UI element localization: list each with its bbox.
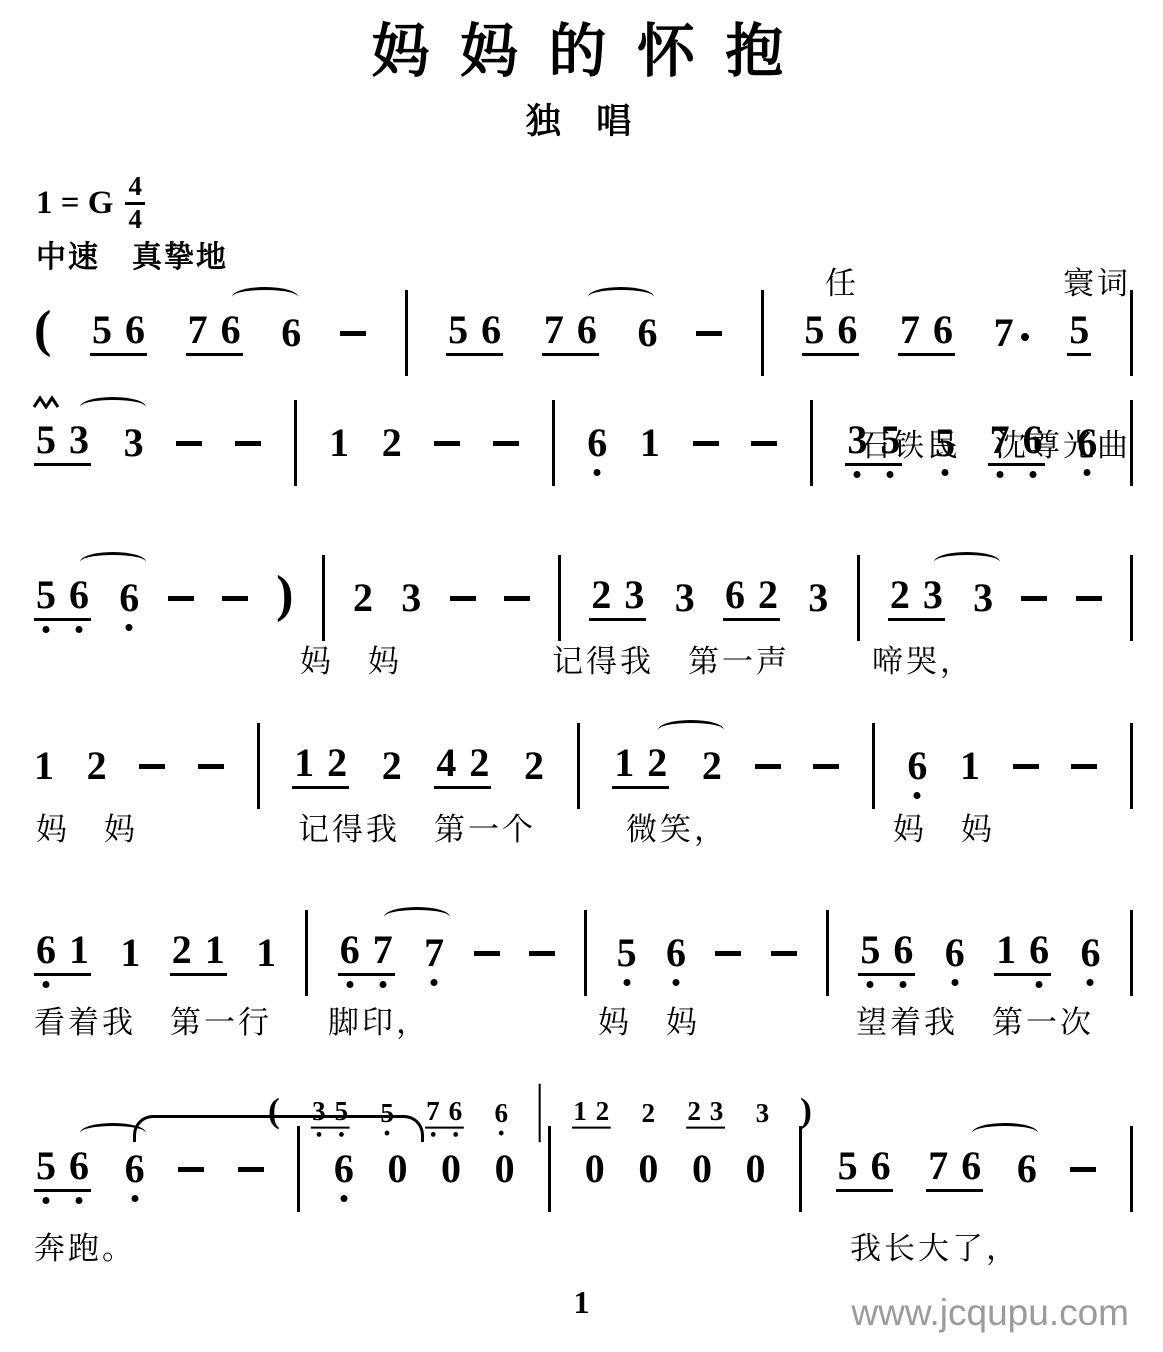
note-value: 5 xyxy=(935,420,955,465)
beam-group: 62 xyxy=(723,575,780,621)
tie-arc xyxy=(658,720,724,740)
note-value: 5 xyxy=(880,417,900,462)
beam-group: 12 xyxy=(292,743,349,789)
beam-group: 56 xyxy=(836,1146,893,1192)
music-system-5: 61121167756566166 看着我 第一行脚印，妈 妈望着我 第一次 xyxy=(0,905,1163,1055)
lyric-text: 妈 妈 xyxy=(36,804,138,849)
note-value: 1 xyxy=(996,927,1016,972)
close-paren: ) xyxy=(276,569,293,621)
tie-arc xyxy=(934,552,1000,572)
beam-group: 76 xyxy=(542,310,599,356)
note-value: 2 xyxy=(353,575,373,620)
note: 6 xyxy=(1080,933,1100,973)
note: 1 xyxy=(996,930,1016,970)
barline xyxy=(857,555,860,641)
note-value: 2 xyxy=(524,743,544,788)
note-value: 2 xyxy=(702,743,722,788)
note-value: 1 xyxy=(69,927,89,972)
dash-note xyxy=(1021,596,1047,601)
note-value: 6 xyxy=(725,572,745,617)
note-value: 6 xyxy=(281,310,301,355)
note: 6 xyxy=(1023,420,1043,460)
note-value: 1 xyxy=(329,420,349,465)
note: 1 xyxy=(120,933,140,973)
dash-note xyxy=(238,1167,264,1172)
note-value: 6 xyxy=(961,1143,981,1188)
lyric-text: 啼哭， xyxy=(872,636,974,681)
note: 3 xyxy=(69,420,89,460)
barline xyxy=(558,555,561,641)
note: 1 xyxy=(205,930,225,970)
note: 6 xyxy=(837,310,857,350)
dash-note xyxy=(434,441,460,446)
note: 6 xyxy=(69,575,89,615)
lyric-text: 妈 妈 xyxy=(300,636,402,681)
note-value: 6 xyxy=(334,1146,354,1191)
dash-note xyxy=(222,596,248,601)
note-value: 2 xyxy=(382,743,402,788)
note: 6 xyxy=(637,313,657,353)
notes-row: 61121167756566166 xyxy=(0,905,1163,1001)
beam-group: 56 xyxy=(90,310,147,356)
note-value: 2 xyxy=(591,572,611,617)
lyric-text: 记得我 第一个 xyxy=(298,804,536,849)
tie-arc-long xyxy=(133,1115,424,1142)
barline xyxy=(1130,910,1133,996)
note: 1 xyxy=(640,423,660,463)
note-value: 6 xyxy=(907,743,927,788)
dash-note xyxy=(168,596,194,601)
note-value: 3 xyxy=(675,575,695,620)
note-value: 6 xyxy=(125,1146,145,1191)
note-value: 5 xyxy=(92,307,112,352)
note: 7 xyxy=(990,420,1010,460)
song-subtitle: 独 唱 xyxy=(0,94,1163,144)
note: 5 xyxy=(36,1146,56,1186)
note-value: 1 xyxy=(614,740,634,785)
tie-arc xyxy=(972,1123,1038,1143)
beam-group: 21 xyxy=(170,930,227,976)
note: 6 xyxy=(69,1146,89,1186)
mordent-icon xyxy=(33,395,59,409)
notes-row: 566)23233623233 xyxy=(0,550,1163,646)
note-value: 5 xyxy=(617,930,637,975)
lyric-text: 看着我 第一行 xyxy=(34,997,272,1042)
note: 3 xyxy=(847,420,867,460)
note-value: 5 xyxy=(36,417,56,462)
note: 6 xyxy=(125,310,145,350)
note: 6 xyxy=(945,933,965,973)
tie-arc xyxy=(80,397,146,417)
barline xyxy=(1130,290,1133,376)
music-system-4: 1212242212261 妈 妈记得我 第一个微笑，妈 妈 xyxy=(0,718,1163,868)
beam-group: 76 xyxy=(988,420,1045,466)
note: 6 xyxy=(961,1146,981,1186)
note: 6 xyxy=(666,933,686,973)
note: 6 xyxy=(334,1149,354,1189)
note: 3 xyxy=(808,578,828,618)
note: 5 xyxy=(1067,310,1091,356)
note-value: 6 xyxy=(36,927,56,972)
note-value: 1 xyxy=(205,927,225,972)
note-value: 6 xyxy=(587,420,607,465)
note-value: 6 xyxy=(1029,927,1049,972)
dash-note xyxy=(696,331,722,336)
notes-row: (5676656766567675 xyxy=(0,285,1163,381)
note-value: 6 xyxy=(1077,420,1097,465)
dash-note xyxy=(504,596,530,601)
note-value: 7 xyxy=(928,1143,948,1188)
beam-group: 76 xyxy=(186,310,243,356)
tie-arc xyxy=(232,287,298,307)
beam-group: 53 xyxy=(34,420,91,466)
dash-note xyxy=(198,764,224,769)
watermark: www.jcqupu.com xyxy=(851,1292,1129,1334)
beam-group: 42 xyxy=(434,743,491,789)
notes-row: 5666000000056766 xyxy=(0,1121,1163,1217)
barline xyxy=(548,1126,551,1212)
note-value: 2 xyxy=(87,743,107,788)
lyric-text: 记得我 第一声 xyxy=(552,636,790,681)
note-value: 1 xyxy=(256,930,276,975)
barline xyxy=(1130,400,1133,486)
dash-note xyxy=(755,764,781,769)
note: 3 xyxy=(675,578,695,618)
note: 6 xyxy=(221,310,241,350)
dash-note xyxy=(450,596,476,601)
dash-note xyxy=(235,441,261,446)
note-value: 6 xyxy=(1017,1146,1037,1191)
note: 5 xyxy=(36,575,56,615)
note-value: 3 xyxy=(973,575,993,620)
note-value: 7 xyxy=(994,310,1014,355)
note-value: 5 xyxy=(36,572,56,617)
note: 1 xyxy=(960,746,980,786)
note: 7 xyxy=(544,310,564,350)
barline xyxy=(1130,1126,1133,1212)
note: 2 xyxy=(469,743,489,783)
note-value: 3 xyxy=(847,417,867,462)
notes-row: 1212242212261 xyxy=(0,718,1163,814)
beam-group: 12 xyxy=(612,743,669,789)
beam-group: 23 xyxy=(589,575,646,621)
note: 6 xyxy=(893,930,913,970)
note-value: 2 xyxy=(172,927,192,972)
dash-note xyxy=(693,441,719,446)
time-signature: 4 4 xyxy=(125,172,145,234)
note: 2 xyxy=(382,423,402,463)
key-signature: 1 = G 4 4 xyxy=(36,172,145,234)
note: 7 xyxy=(994,313,1029,353)
note: 5 xyxy=(860,930,880,970)
barline xyxy=(872,723,875,809)
dash-note xyxy=(340,331,366,336)
note-value: 2 xyxy=(890,572,910,617)
beam-group: 35 xyxy=(845,420,902,466)
open-paren: ( xyxy=(34,304,51,356)
note-value: 5 xyxy=(838,1143,858,1188)
barline xyxy=(761,290,764,376)
dash-note xyxy=(751,441,777,446)
note-value: 0 xyxy=(746,1146,766,1191)
note-value: 6 xyxy=(481,307,501,352)
note: 0 xyxy=(585,1149,605,1189)
barline xyxy=(305,910,308,996)
note: 1 xyxy=(329,423,349,463)
dash-note xyxy=(474,951,500,956)
note: 2 xyxy=(382,746,402,786)
note: 6 xyxy=(577,310,597,350)
lyrics-row: 奔跑。我长大了， xyxy=(0,1223,1163,1267)
note-value: 5 xyxy=(860,927,880,972)
note: 6 xyxy=(1017,1149,1037,1189)
note: 6 xyxy=(725,575,745,615)
dash-note xyxy=(1070,1167,1096,1172)
barline xyxy=(1130,555,1133,641)
note: 2 xyxy=(890,575,910,615)
note-value: 5 xyxy=(1069,307,1089,352)
note: 0 xyxy=(441,1149,461,1189)
note: 6 xyxy=(587,423,607,463)
music-system-3: 566)23233623233 妈 妈记得我 第一声啼哭， xyxy=(0,550,1163,700)
lyrics-row: 妈 妈记得我 第一声啼哭， xyxy=(0,636,1163,680)
note-value: 0 xyxy=(585,1146,605,1191)
music-system-2: 5331261355766 xyxy=(0,395,1163,505)
time-signature-denominator: 4 xyxy=(128,205,142,234)
note: 6 xyxy=(36,930,56,970)
note-value: 1 xyxy=(120,930,140,975)
key-label: 1 = G xyxy=(36,185,113,222)
beam-group: 56 xyxy=(858,930,915,976)
note: 6 xyxy=(1029,930,1049,970)
note-value: 5 xyxy=(448,307,468,352)
tie-arc xyxy=(384,907,450,927)
note-value: 3 xyxy=(808,575,828,620)
note-value: 7 xyxy=(424,930,444,975)
note-value: 7 xyxy=(990,417,1010,462)
barline xyxy=(552,400,555,486)
note: 5 xyxy=(804,310,824,350)
dash-note xyxy=(178,1167,204,1172)
note-value: 2 xyxy=(382,420,402,465)
beam-group: 61 xyxy=(34,930,91,976)
note: 2 xyxy=(327,743,347,783)
note: 0 xyxy=(746,1149,766,1189)
sheet-music-page: 妈 妈 的 怀 抱 独 唱 任 寰词 石铁民 沈尊光曲 1 = G 4 4 中速… xyxy=(0,0,1163,1352)
tie-arc xyxy=(80,552,146,572)
note-value: 6 xyxy=(933,307,953,352)
lyrics-row: 妈 妈记得我 第一个微笑，妈 妈 xyxy=(0,804,1163,848)
dash-note xyxy=(1076,596,1102,601)
dash-note xyxy=(176,441,202,446)
note-value: 4 xyxy=(436,740,456,785)
note-value: 1 xyxy=(960,743,980,788)
note-value: 6 xyxy=(871,1143,891,1188)
notes-row: 5331261355766 xyxy=(0,395,1163,491)
note-value: 3 xyxy=(923,572,943,617)
lyrics-row: 看着我 第一行脚印，妈 妈望着我 第一次 xyxy=(0,997,1163,1041)
note: 6 xyxy=(340,930,360,970)
note: 7 xyxy=(373,930,393,970)
barline xyxy=(577,723,580,809)
note: 3 xyxy=(401,578,421,618)
barline xyxy=(294,400,297,486)
note: 6 xyxy=(933,310,953,350)
note-value: 2 xyxy=(327,740,347,785)
tie-arc xyxy=(588,287,654,307)
note-value: 2 xyxy=(647,740,667,785)
note-value: 0 xyxy=(441,1146,461,1191)
note-value: 1 xyxy=(640,420,660,465)
lyric-text: 微笑， xyxy=(626,804,728,849)
beam-group: 16 xyxy=(994,930,1051,976)
note-value: 7 xyxy=(373,927,393,972)
dash-note xyxy=(139,764,165,769)
beam-group: 56 xyxy=(34,575,91,621)
note: 6 xyxy=(1077,423,1097,463)
note: 5 xyxy=(92,310,112,350)
note: 3 xyxy=(923,575,943,615)
note-value: 6 xyxy=(893,927,913,972)
dash-note xyxy=(771,951,797,956)
beam-group: 23 xyxy=(888,575,945,621)
note-value: 6 xyxy=(945,930,965,975)
note-value: 6 xyxy=(1080,930,1100,975)
note: 1 xyxy=(69,930,89,970)
note: 5 xyxy=(838,1146,858,1186)
note: 6 xyxy=(119,578,139,618)
note-value: 7 xyxy=(188,307,208,352)
barline xyxy=(322,555,325,641)
note: 6 xyxy=(125,1149,145,1189)
note: 2 xyxy=(353,578,373,618)
note-value: 5 xyxy=(804,307,824,352)
beam-group: 56 xyxy=(802,310,859,356)
note-value: 3 xyxy=(124,420,144,465)
lyric-text: 脚印， xyxy=(328,997,430,1042)
note: 0 xyxy=(638,1149,658,1189)
note-value: 7 xyxy=(900,307,920,352)
barline xyxy=(257,723,260,809)
note: 5 xyxy=(617,933,637,973)
note-value: 6 xyxy=(119,575,139,620)
music-system-6: (355766122233) 5666000000056766 奔跑。我长大了， xyxy=(0,1075,1163,1285)
note-value: 1 xyxy=(34,743,54,788)
note: 4 xyxy=(436,743,456,783)
note-value: 6 xyxy=(69,1143,89,1188)
dash-note xyxy=(813,764,839,769)
note-value: 0 xyxy=(638,1146,658,1191)
lyric-text: 我长大了， xyxy=(850,1223,1020,1268)
note-value: 6 xyxy=(125,307,145,352)
note-value: 1 xyxy=(294,740,314,785)
note-value: 6 xyxy=(837,307,857,352)
beam-group: 56 xyxy=(34,1146,91,1192)
music-system-1: (5676656766567675 xyxy=(0,285,1163,395)
note-value: 6 xyxy=(340,927,360,972)
note: 2 xyxy=(172,930,192,970)
beam-group: 76 xyxy=(898,310,955,356)
note-value: 2 xyxy=(469,740,489,785)
dash-note xyxy=(493,441,519,446)
note: 7 xyxy=(900,310,920,350)
beam-group: 76 xyxy=(926,1146,983,1192)
note: 6 xyxy=(481,310,501,350)
barline xyxy=(584,910,587,996)
note-value: 3 xyxy=(624,572,644,617)
lyric-text: 妈 妈 xyxy=(893,804,995,849)
note-value: 6 xyxy=(1023,417,1043,462)
note: 0 xyxy=(692,1149,712,1189)
dash-note xyxy=(529,951,555,956)
note: 2 xyxy=(591,575,611,615)
note: 1 xyxy=(294,743,314,783)
note: 5 xyxy=(935,423,955,463)
note: 5 xyxy=(448,310,468,350)
note: 1 xyxy=(256,933,276,973)
note-value: 0 xyxy=(387,1146,407,1191)
dash-note xyxy=(1071,764,1097,769)
lyric-text: 奔跑。 xyxy=(34,1223,136,1268)
note: 3 xyxy=(973,578,993,618)
note: 3 xyxy=(124,423,144,463)
note: 6 xyxy=(281,313,301,353)
note: 7 xyxy=(928,1146,948,1186)
note: 7 xyxy=(424,933,444,973)
barline xyxy=(799,1126,802,1212)
note-value: 6 xyxy=(666,930,686,975)
note-value: 3 xyxy=(69,417,89,462)
barline xyxy=(1130,723,1133,809)
lyric-text: 望着我 第一次 xyxy=(856,997,1094,1042)
dash-note xyxy=(715,951,741,956)
note-value: 2 xyxy=(758,572,778,617)
note: 3 xyxy=(624,575,644,615)
note: 2 xyxy=(758,575,778,615)
note: 1 xyxy=(614,743,634,783)
barline xyxy=(405,290,408,376)
note: 0 xyxy=(387,1149,407,1189)
note-value: 6 xyxy=(577,307,597,352)
barline xyxy=(810,400,813,486)
time-signature-numerator: 4 xyxy=(125,172,145,205)
note: 6 xyxy=(871,1146,891,1186)
note: 2 xyxy=(702,746,722,786)
note: 5 xyxy=(36,420,56,460)
note-value: 0 xyxy=(692,1146,712,1191)
note-value: 6 xyxy=(69,572,89,617)
note: 2 xyxy=(87,746,107,786)
beam-group: 67 xyxy=(338,930,395,976)
tempo-marking: 中速 真挚地 xyxy=(36,232,228,276)
note: 1 xyxy=(34,746,54,786)
note: 2 xyxy=(524,746,544,786)
beam-group: 56 xyxy=(446,310,503,356)
augmentation-dot xyxy=(1021,333,1029,341)
note: 5 xyxy=(880,420,900,460)
dash-note xyxy=(1013,764,1039,769)
lyric-text: 妈 妈 xyxy=(598,997,700,1042)
note-value: 6 xyxy=(221,307,241,352)
note-value: 6 xyxy=(637,310,657,355)
note-value: 0 xyxy=(495,1146,515,1191)
note-value: 3 xyxy=(401,575,421,620)
note: 7 xyxy=(188,310,208,350)
note: 0 xyxy=(495,1149,515,1189)
note: 6 xyxy=(907,746,927,786)
note: 2 xyxy=(647,743,667,783)
barline xyxy=(826,910,829,996)
